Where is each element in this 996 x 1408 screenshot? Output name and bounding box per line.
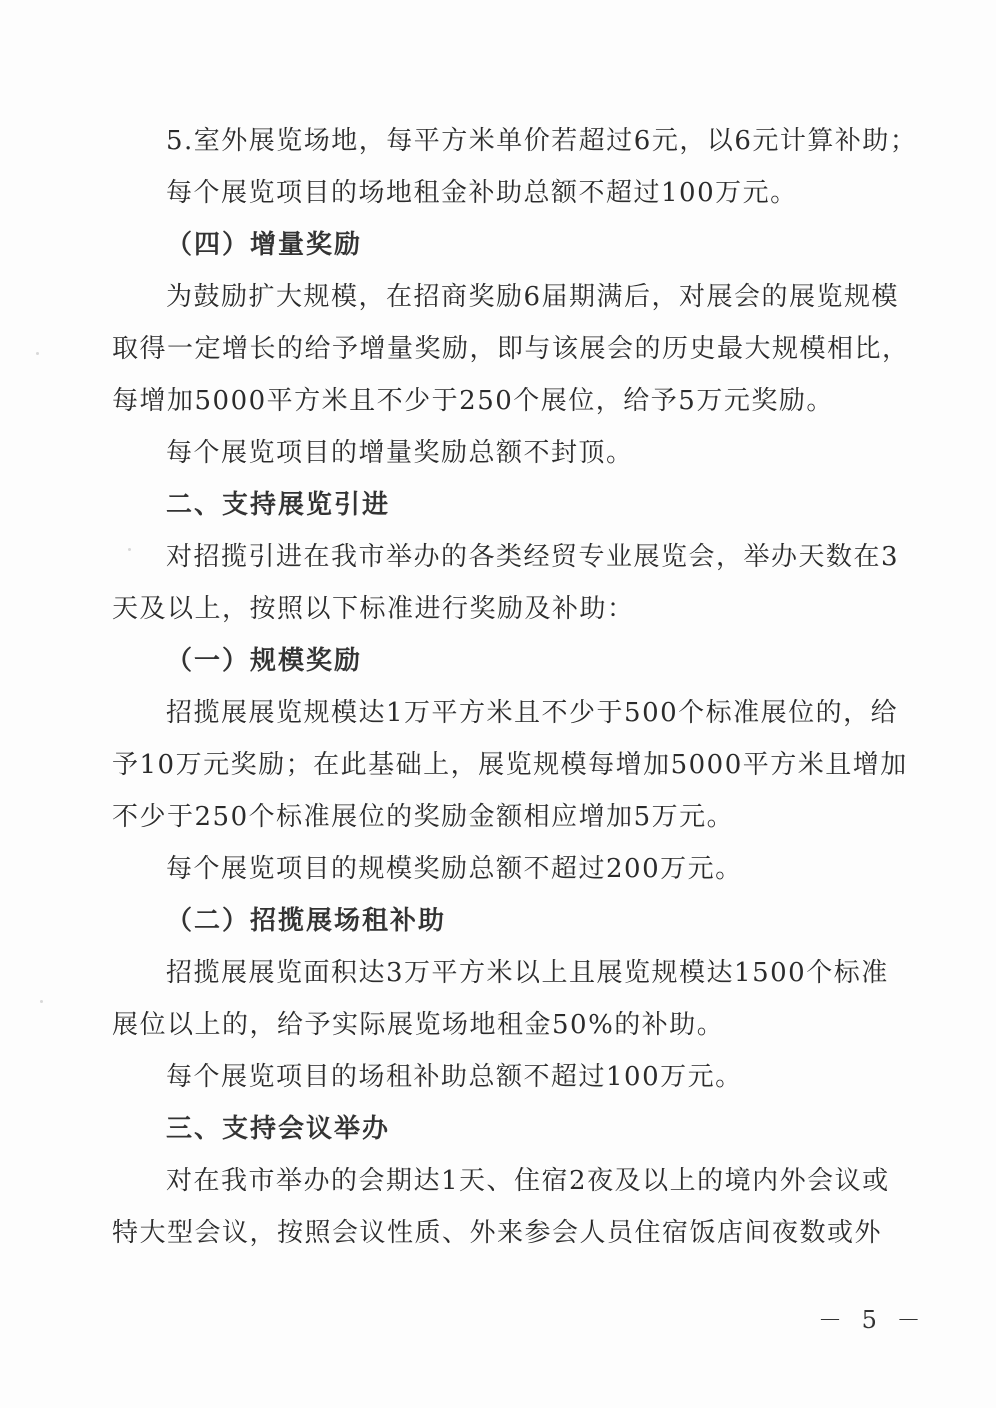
subheading-incremental-reward: （四）增量奖励 [166,228,936,262]
page-number: － 5 － [818,1300,927,1335]
text-line-rent-1: 招揽展展览面积达3万平方米以上且展览规模达1500个标准 [166,956,936,990]
text-line-introduction-2: 天及以上，按照以下标准进行奖励及补助： [112,592,882,626]
text-line-incremental-2: 取得一定增长的给予增量奖励，即与该展会的历史最大规模相比， [112,332,882,366]
text-line-incremental-cap: 每个展览项目的增量奖励总额不封顶。 [166,436,936,470]
scan-speck [128,548,131,551]
scan-speck [40,1000,43,1003]
text-line-incremental-1: 为鼓励扩大规模，在招商奖励6届期满后，对展会的展览规模 [166,280,936,314]
text-line-venue-rent-cap: 每个展览项目的场地租金补助总额不超过100万元。 [166,176,936,210]
text-line-conference-2: 特大型会议，按照会议性质、外来参会人员住宿饭店间夜数或外 [112,1216,882,1250]
text-line-introduction-1: 对招揽引进在我市举办的各类经贸专业展览会，举办天数在3 [166,540,936,574]
text-line-incremental-3: 每增加5000平方米且不少于250个展位，给予5万元奖励。 [112,384,882,418]
subheading-scale-reward: （一）规模奖励 [166,644,936,678]
scan-speck [36,352,39,355]
heading-conference-support: 三、支持会议举办 [166,1112,936,1146]
text-line-scale-3: 不少于250个标准展位的奖励金额相应增加5万元。 [112,800,882,834]
text-line-scale-1: 招揽展展览规模达1万平方米且不少于500个标准展位的，给 [166,696,936,730]
text-line-rent-cap: 每个展览项目的场租补助总额不超过100万元。 [166,1060,936,1094]
text-line-outdoor-venue: 5.室外展览场地，每平方米单价若超过6元，以6元计算补助； [166,124,936,158]
text-line-rent-2: 展位以上的，给予实际展览场地租金50%的补助。 [112,1008,882,1042]
text-line-scale-2: 予10万元奖励；在此基础上，展览规模每增加5000平方米且增加 [112,748,882,782]
text-line-scale-cap: 每个展览项目的规模奖励总额不超过200万元。 [166,852,936,886]
document-page: 5.室外展览场地，每平方米单价若超过6元，以6元计算补助； 每个展览项目的场地租… [0,0,996,1408]
text-line-conference-1: 对在我市举办的会期达1天、住宿2夜及以上的境内外会议或 [166,1164,936,1198]
subheading-rent-subsidy: （二）招揽展场租补助 [166,904,936,938]
heading-exhibition-introduction: 二、支持展览引进 [166,488,936,522]
scan-speck [575,1183,578,1186]
